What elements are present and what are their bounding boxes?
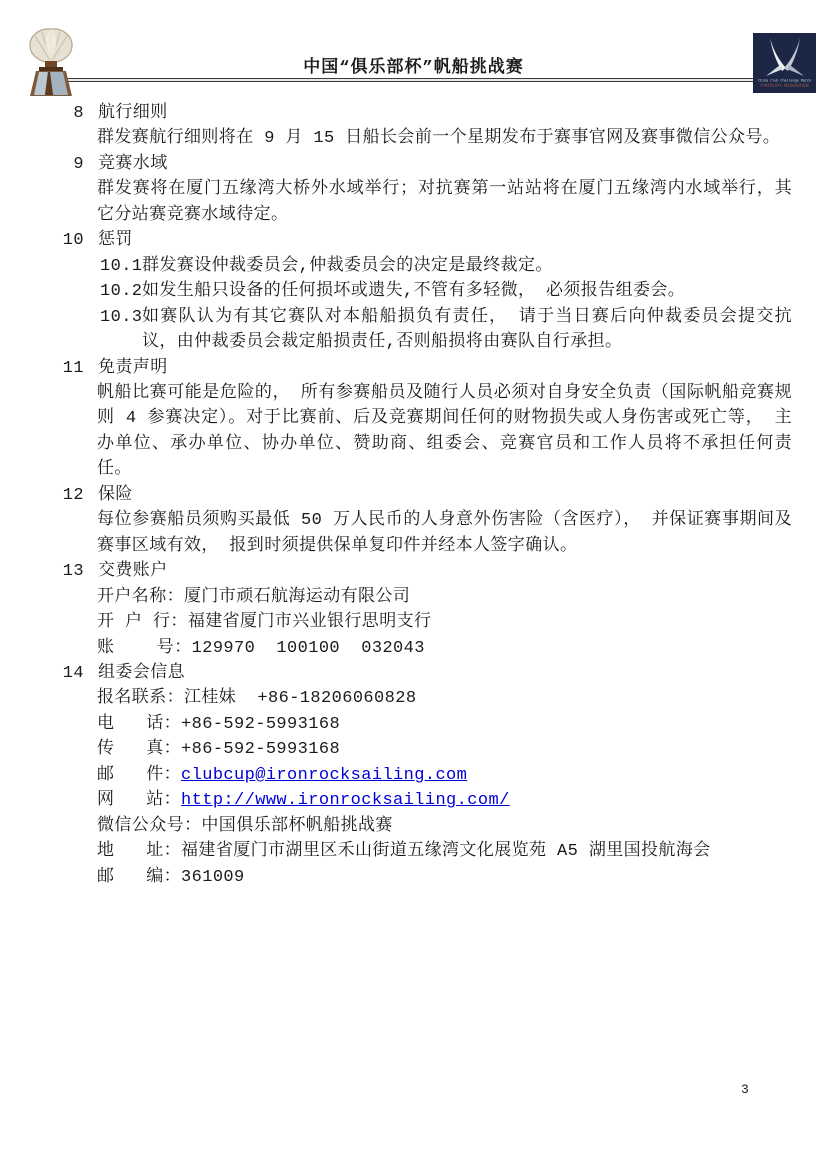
subitem-number: 10.3 [100, 305, 142, 356]
section-number: 10 [54, 228, 84, 253]
field-bank: 开 户 行：福建省厦门市兴业银行思明支行 [97, 610, 827, 635]
email-link[interactable]: clubcup@ironrocksailing.com [181, 766, 467, 785]
section-9: 9 竞赛水域 群发赛将在厦门五缘湾大桥外水域举行；对抗赛第一站站将在厦门五缘湾内… [0, 152, 827, 228]
field-wechat: 微信公众号：中国俱乐部杯帆船挑战赛 [97, 814, 827, 839]
document-title: 中国“俱乐部杯”帆船挑战赛 [0, 52, 827, 78]
section-number: 14 [54, 661, 84, 686]
section-13: 13 交费账户 开户名称：厦门市顽石航海运动有限公司 开 户 行：福建省厦门市兴… [0, 559, 827, 661]
subitem-10-1: 10.1 群发赛设仲裁委员会,仲裁委员会的决定是最终裁定。 [100, 254, 792, 279]
website-link[interactable]: http://www.ironrocksailing.com/ [181, 791, 510, 810]
field-address: 地 址：福建省厦门市湖里区禾山街道五缘湾文化展览苑 A5 湖里国投航海会 [97, 839, 827, 864]
section-number: 13 [54, 559, 84, 584]
section-8: 8 航行细则 群发赛航行细则将在 9 月 15 日船长会前一个星期发布于赛事官网… [0, 101, 827, 152]
header-rule [45, 78, 757, 82]
field-label: 网 站： [97, 791, 181, 810]
section-title: 组委会信息 [98, 661, 185, 686]
section-11: 11 免责声明 帆船比赛可能是危险的， 所有参赛船员及随行人员必须对自身安全负责… [0, 356, 827, 483]
field-value: 厦门市顽石航海运动有限公司 [184, 588, 410, 607]
field-value: 福建省厦门市兴业银行思明支行 [188, 613, 432, 632]
field-label: 邮 件： [97, 766, 181, 785]
section-paragraph: 群发赛将在厦门五缘湾大桥外水域举行；对抗赛第一站站将在厦门五缘湾内水域举行，其它… [97, 177, 792, 228]
field-postcode: 邮 编：361009 [97, 865, 827, 890]
field-label: 账 号： [97, 639, 192, 658]
field-label: 报名联系： [97, 689, 184, 708]
field-account-name: 开户名称：厦门市顽石航海运动有限公司 [97, 585, 827, 610]
page-number: 3 [741, 1082, 749, 1097]
subitem-number: 10.1 [100, 254, 142, 279]
trophy-logo-icon [22, 26, 80, 98]
field-account-number: 账 号：129970 100100 032043 [97, 636, 827, 661]
section-title: 航行细则 [98, 101, 168, 126]
event-logo-caption-en: China Club Challenge Match [758, 79, 811, 84]
section-paragraph: 每位参赛船员须购买最低 50 万人民币的人身意外伤害险（含医疗）， 并保证赛事期… [97, 508, 792, 559]
section-title: 惩罚 [98, 228, 133, 253]
section-number: 11 [54, 356, 84, 381]
field-phone: 电 话：+86-592-5993168 [97, 712, 827, 737]
field-label: 开户名称： [97, 588, 184, 607]
event-logo-icon: China Club Challenge Match 中国俱乐部杯·国际帆船挑战… [753, 33, 816, 93]
field-value: 361009 [181, 868, 245, 887]
section-title: 免责声明 [98, 356, 168, 381]
document-body: 8 航行细则 群发赛航行细则将在 9 月 15 日船长会前一个星期发布于赛事官网… [0, 101, 827, 890]
field-label: 邮 编： [97, 868, 181, 887]
field-registration-contact: 报名联系：江桂妹 +86-18206060828 [97, 686, 827, 711]
section-12: 12 保险 每位参赛船员须购买最低 50 万人民币的人身意外伤害险（含医疗）， … [0, 483, 827, 559]
subitem-number: 10.2 [100, 279, 142, 304]
field-label: 地 址： [97, 842, 181, 861]
field-value: 江桂妹 +86-18206060828 [184, 689, 416, 708]
field-value: +86-592-5993168 [181, 715, 340, 734]
subitem-10-2: 10.2 如发生船只设备的任何损坏或遗失,不管有多轻微， 必须报告组委会。 [100, 279, 792, 304]
field-label: 微信公众号： [97, 817, 201, 836]
field-value: 129970 100100 032043 [192, 639, 425, 658]
subitem-text: 如赛队认为有其它赛队对本船船损负有责任， 请于当日赛后向仲裁委员会提交抗议，由仲… [142, 305, 792, 356]
field-value: 中国俱乐部杯帆船挑战赛 [201, 817, 392, 836]
field-email: 邮 件：clubcup@ironrocksailing.com [97, 763, 827, 788]
section-14: 14 组委会信息 报名联系：江桂妹 +86-18206060828 电 话：+8… [0, 661, 827, 890]
section-paragraph: 群发赛航行细则将在 9 月 15 日船长会前一个星期发布于赛事官网及赛事微信公众… [97, 126, 792, 151]
section-title: 保险 [98, 483, 133, 508]
field-label: 电 话： [97, 715, 181, 734]
section-title: 竞赛水域 [98, 152, 168, 177]
field-value: 福建省厦门市湖里区禾山街道五缘湾文化展览苑 A5 湖里国投航海会 [181, 842, 711, 861]
subitem-10-3: 10.3 如赛队认为有其它赛队对本船船损负有责任， 请于当日赛后向仲裁委员会提交… [100, 305, 792, 356]
field-label: 开 户 行： [97, 613, 188, 632]
subitem-text: 群发赛设仲裁委员会,仲裁委员会的决定是最终裁定。 [142, 254, 792, 279]
field-website: 网 站：http://www.ironrocksailing.com/ [97, 788, 827, 813]
section-number: 8 [54, 101, 84, 126]
field-label: 传 真： [97, 740, 181, 759]
field-value: +86-592-5993168 [181, 740, 340, 759]
section-title: 交费账户 [98, 559, 168, 584]
section-number: 9 [54, 152, 84, 177]
section-paragraph: 帆船比赛可能是危险的， 所有参赛船员及随行人员必须对自身安全负责（国际帆船竞赛规… [97, 381, 792, 483]
section-10: 10 惩罚 10.1 群发赛设仲裁委员会,仲裁委员会的决定是最终裁定。 10.2… [0, 228, 827, 355]
section-number: 12 [54, 483, 84, 508]
field-fax: 传 真：+86-592-5993168 [97, 737, 827, 762]
document-page: 中国“俱乐部杯”帆船挑战赛 China Club Challenge Match… [0, 0, 827, 1169]
subitem-text: 如发生船只设备的任何损坏或遗失,不管有多轻微， 必须报告组委会。 [142, 279, 792, 304]
